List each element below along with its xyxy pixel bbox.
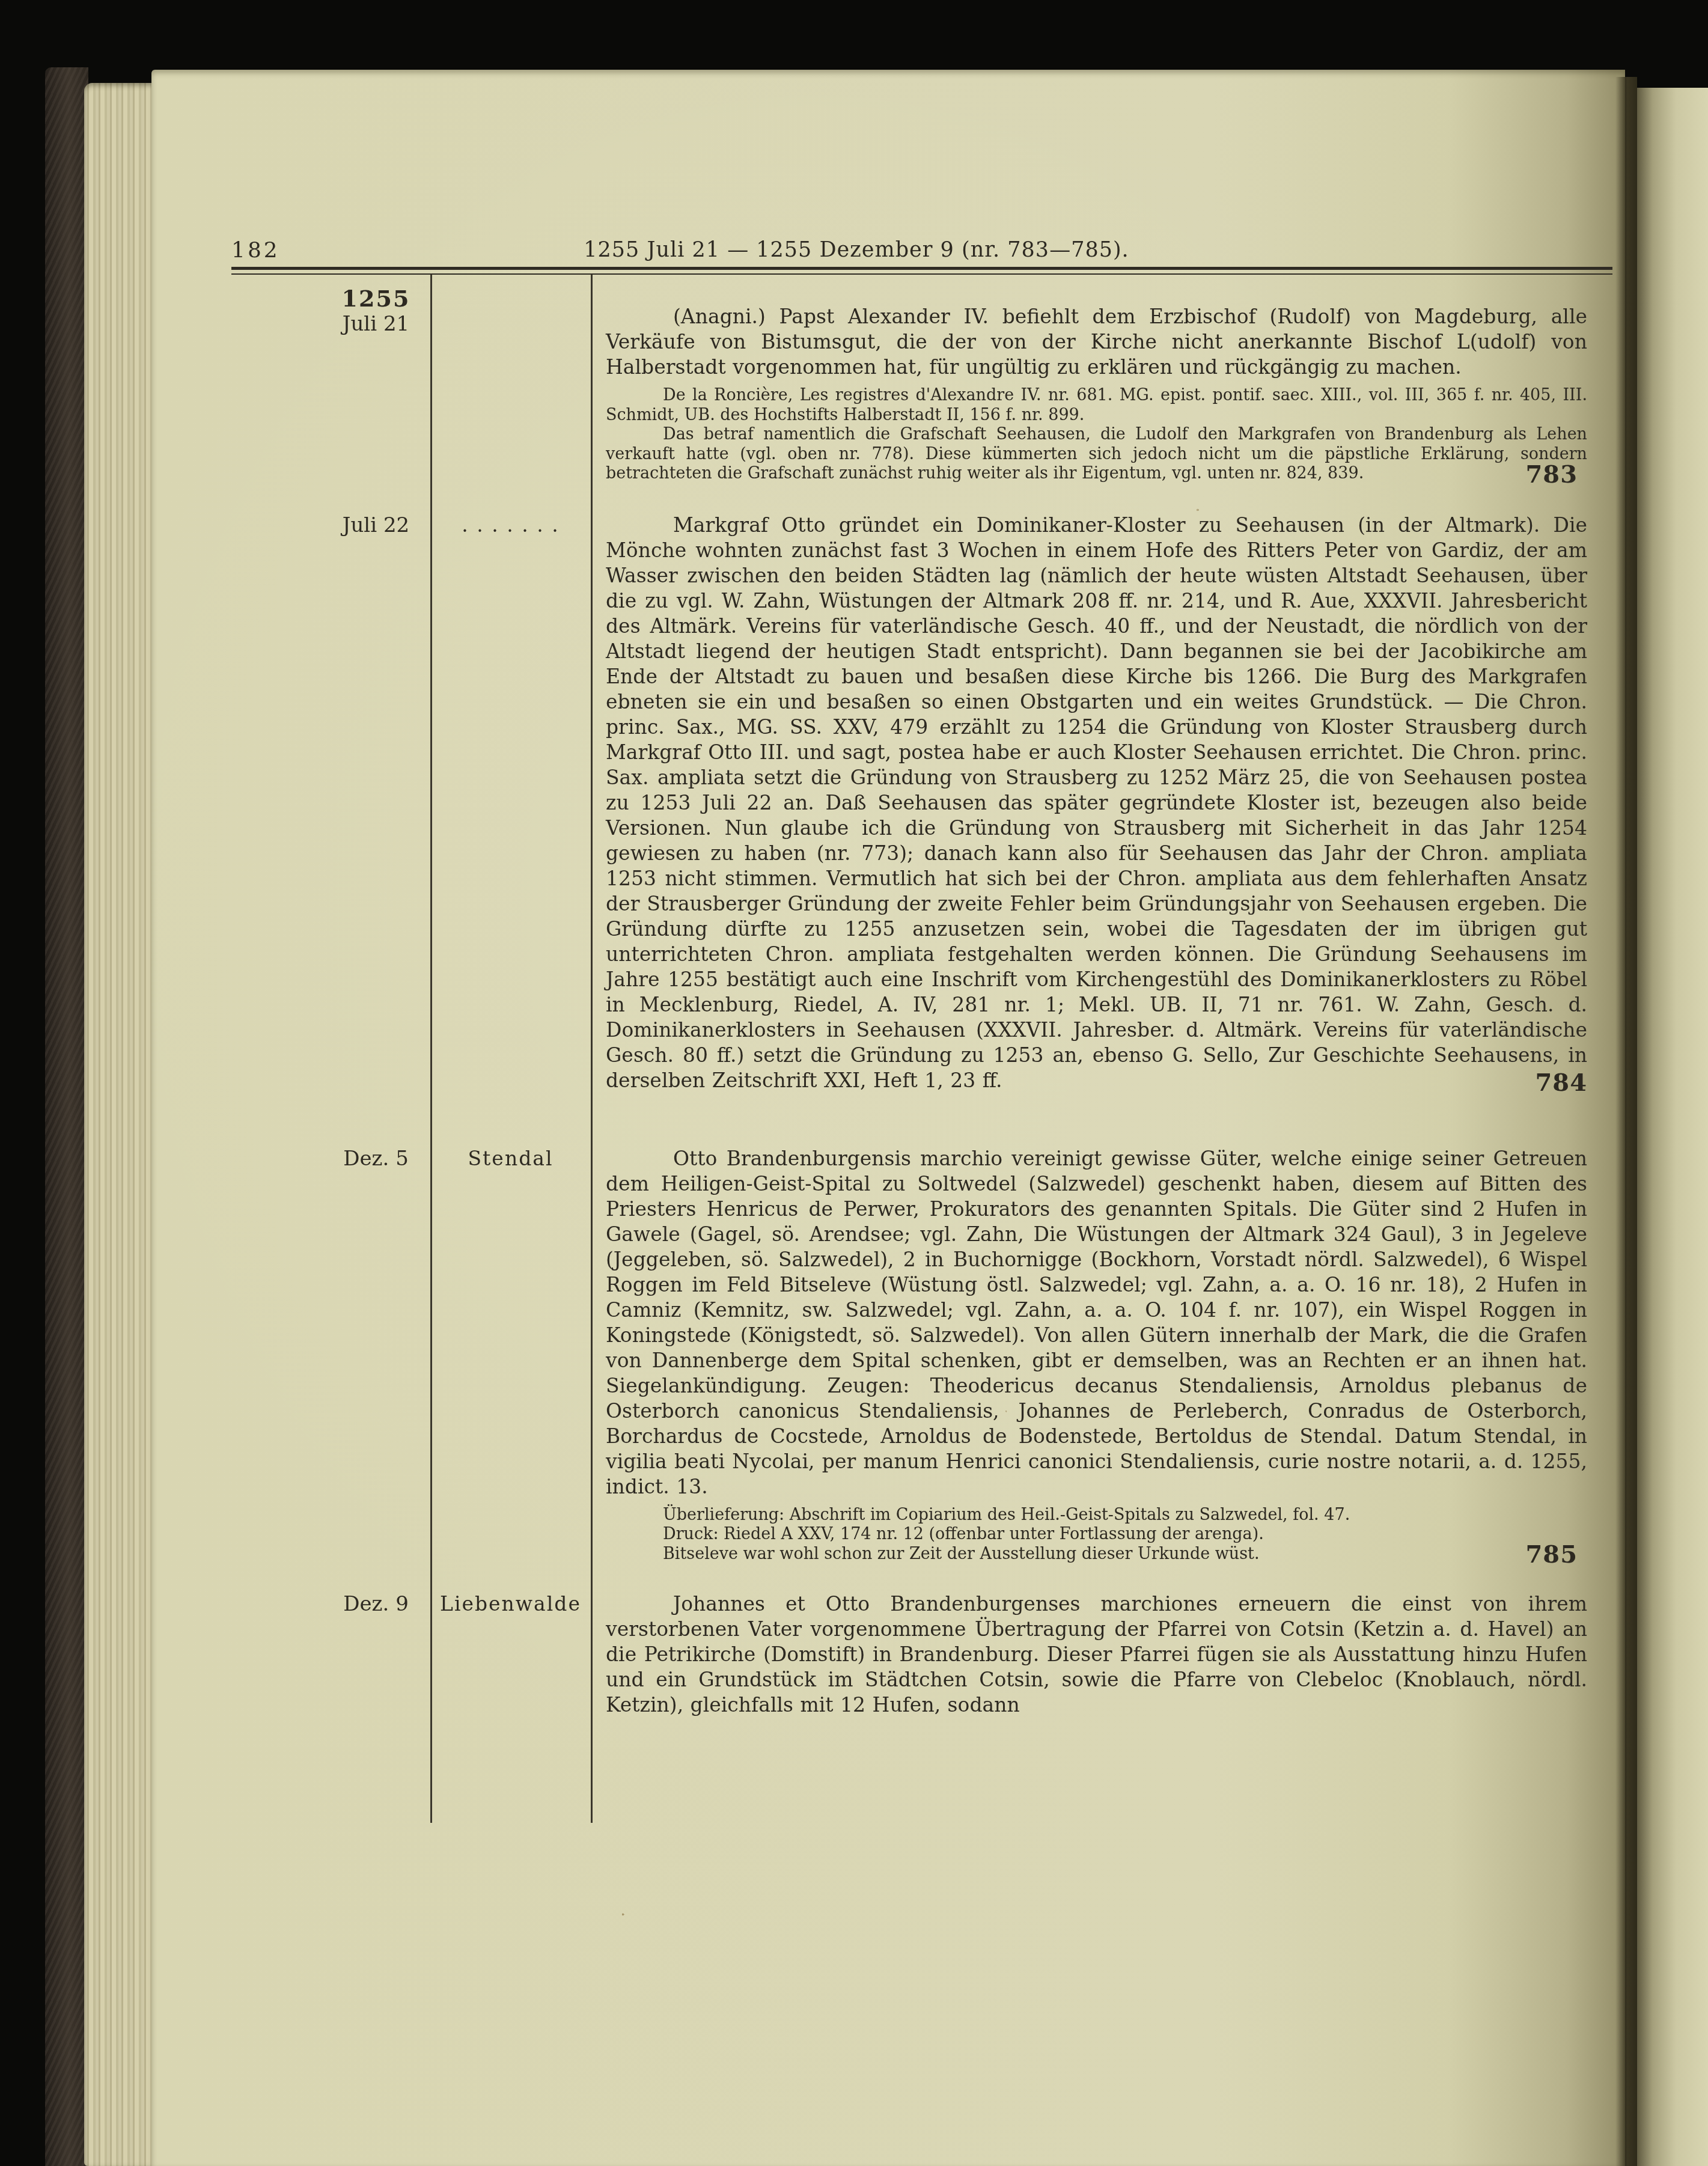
entry-date: Juli 21 xyxy=(343,312,409,336)
entry-note-ueberlieferung: Überlieferung: Abschrift im Copiarium de… xyxy=(606,1506,1587,1525)
facing-page-edge xyxy=(1637,88,1708,2166)
header-double-rule xyxy=(231,267,1612,275)
entry-note-druck: Druck: Riedel A XXV, 174 nr. 12 (offenba… xyxy=(606,1525,1587,1545)
entry-year: 1255 xyxy=(322,286,430,311)
entry-note-comment: Bitseleve war wohl schon zur Zeit der Au… xyxy=(606,1545,1587,1564)
entry-abstract: Otto Brandenburgensis marchio vereinigt … xyxy=(606,1146,1587,1499)
entry-date-cell: Dez. 9 xyxy=(231,1591,430,1617)
entry-date-cell: Dez. 5 xyxy=(231,1146,430,1171)
entry-row-785: Dez. 5 Stendal Otto Brandenburgensis mar… xyxy=(231,1146,1612,1564)
entry-note-comment: Das betraf namentlich die Grafschaft See… xyxy=(606,425,1587,484)
entry-number: 784 xyxy=(1536,1069,1588,1097)
scan-background: { "page": { "number": "182", "running_ti… xyxy=(0,0,1708,2166)
entry-date: Dez. 9 xyxy=(343,1592,409,1616)
entry-date: Dez. 5 xyxy=(343,1147,409,1171)
entry-note-source: De la Roncière, Les registres d'Alexandr… xyxy=(606,386,1587,425)
running-title: 1255 Juli 21 — 1255 Dezember 9 (nr. 783—… xyxy=(231,238,1481,262)
entry-notes: Überlieferung: Abschrift im Copiarium de… xyxy=(606,1506,1587,1564)
entry-body-cell: Johannes et Otto Brandenburgenses marchi… xyxy=(591,1591,1612,1718)
book-cover-edge xyxy=(45,67,88,2166)
gutter-shadow xyxy=(1615,77,1637,2166)
entry-row-783: 1255 Juli 21 (Anagni.) Papst Alexander I… xyxy=(231,286,1612,484)
page-edges-stack xyxy=(84,83,154,2166)
entry-number: 785 xyxy=(1526,1540,1578,1569)
entry-notes: De la Roncière, Les registres d'Alexandr… xyxy=(606,386,1587,484)
entry-abstract: Markgraf Otto gründet ein Dominikaner-Kl… xyxy=(606,513,1587,1093)
entry-date: Juli 22 xyxy=(343,513,409,537)
entry-number: 783 xyxy=(1526,460,1578,489)
entry-abstract: Johannes et Otto Brandenburgenses marchi… xyxy=(606,1591,1587,1718)
regesta-table: 1255 Juli 21 (Anagni.) Papst Alexander I… xyxy=(231,278,1612,1718)
entry-place-dots: . . . . . . . xyxy=(430,513,591,538)
entry-abstract: (Anagni.) Papst Alexander IV. befiehlt d… xyxy=(606,304,1587,380)
entry-row-786: Dez. 9 Liebenwalde Johannes et Otto Bran… xyxy=(231,1591,1612,1718)
entry-place: Stendal xyxy=(430,1146,591,1171)
entry-row-784: Juli 22 . . . . . . . Markgraf Otto grün… xyxy=(231,513,1612,1093)
entry-date-cell: 1255 Juli 21 xyxy=(231,286,430,337)
entry-body-cell: Markgraf Otto gründet ein Dominikaner-Kl… xyxy=(591,513,1612,1093)
entry-body-cell: Otto Brandenburgensis marchio vereinigt … xyxy=(591,1146,1612,1564)
entry-body-cell: (Anagni.) Papst Alexander IV. befiehlt d… xyxy=(591,286,1612,484)
entry-place: Liebenwalde xyxy=(430,1591,591,1617)
entry-date-cell: Juli 22 xyxy=(231,513,430,538)
